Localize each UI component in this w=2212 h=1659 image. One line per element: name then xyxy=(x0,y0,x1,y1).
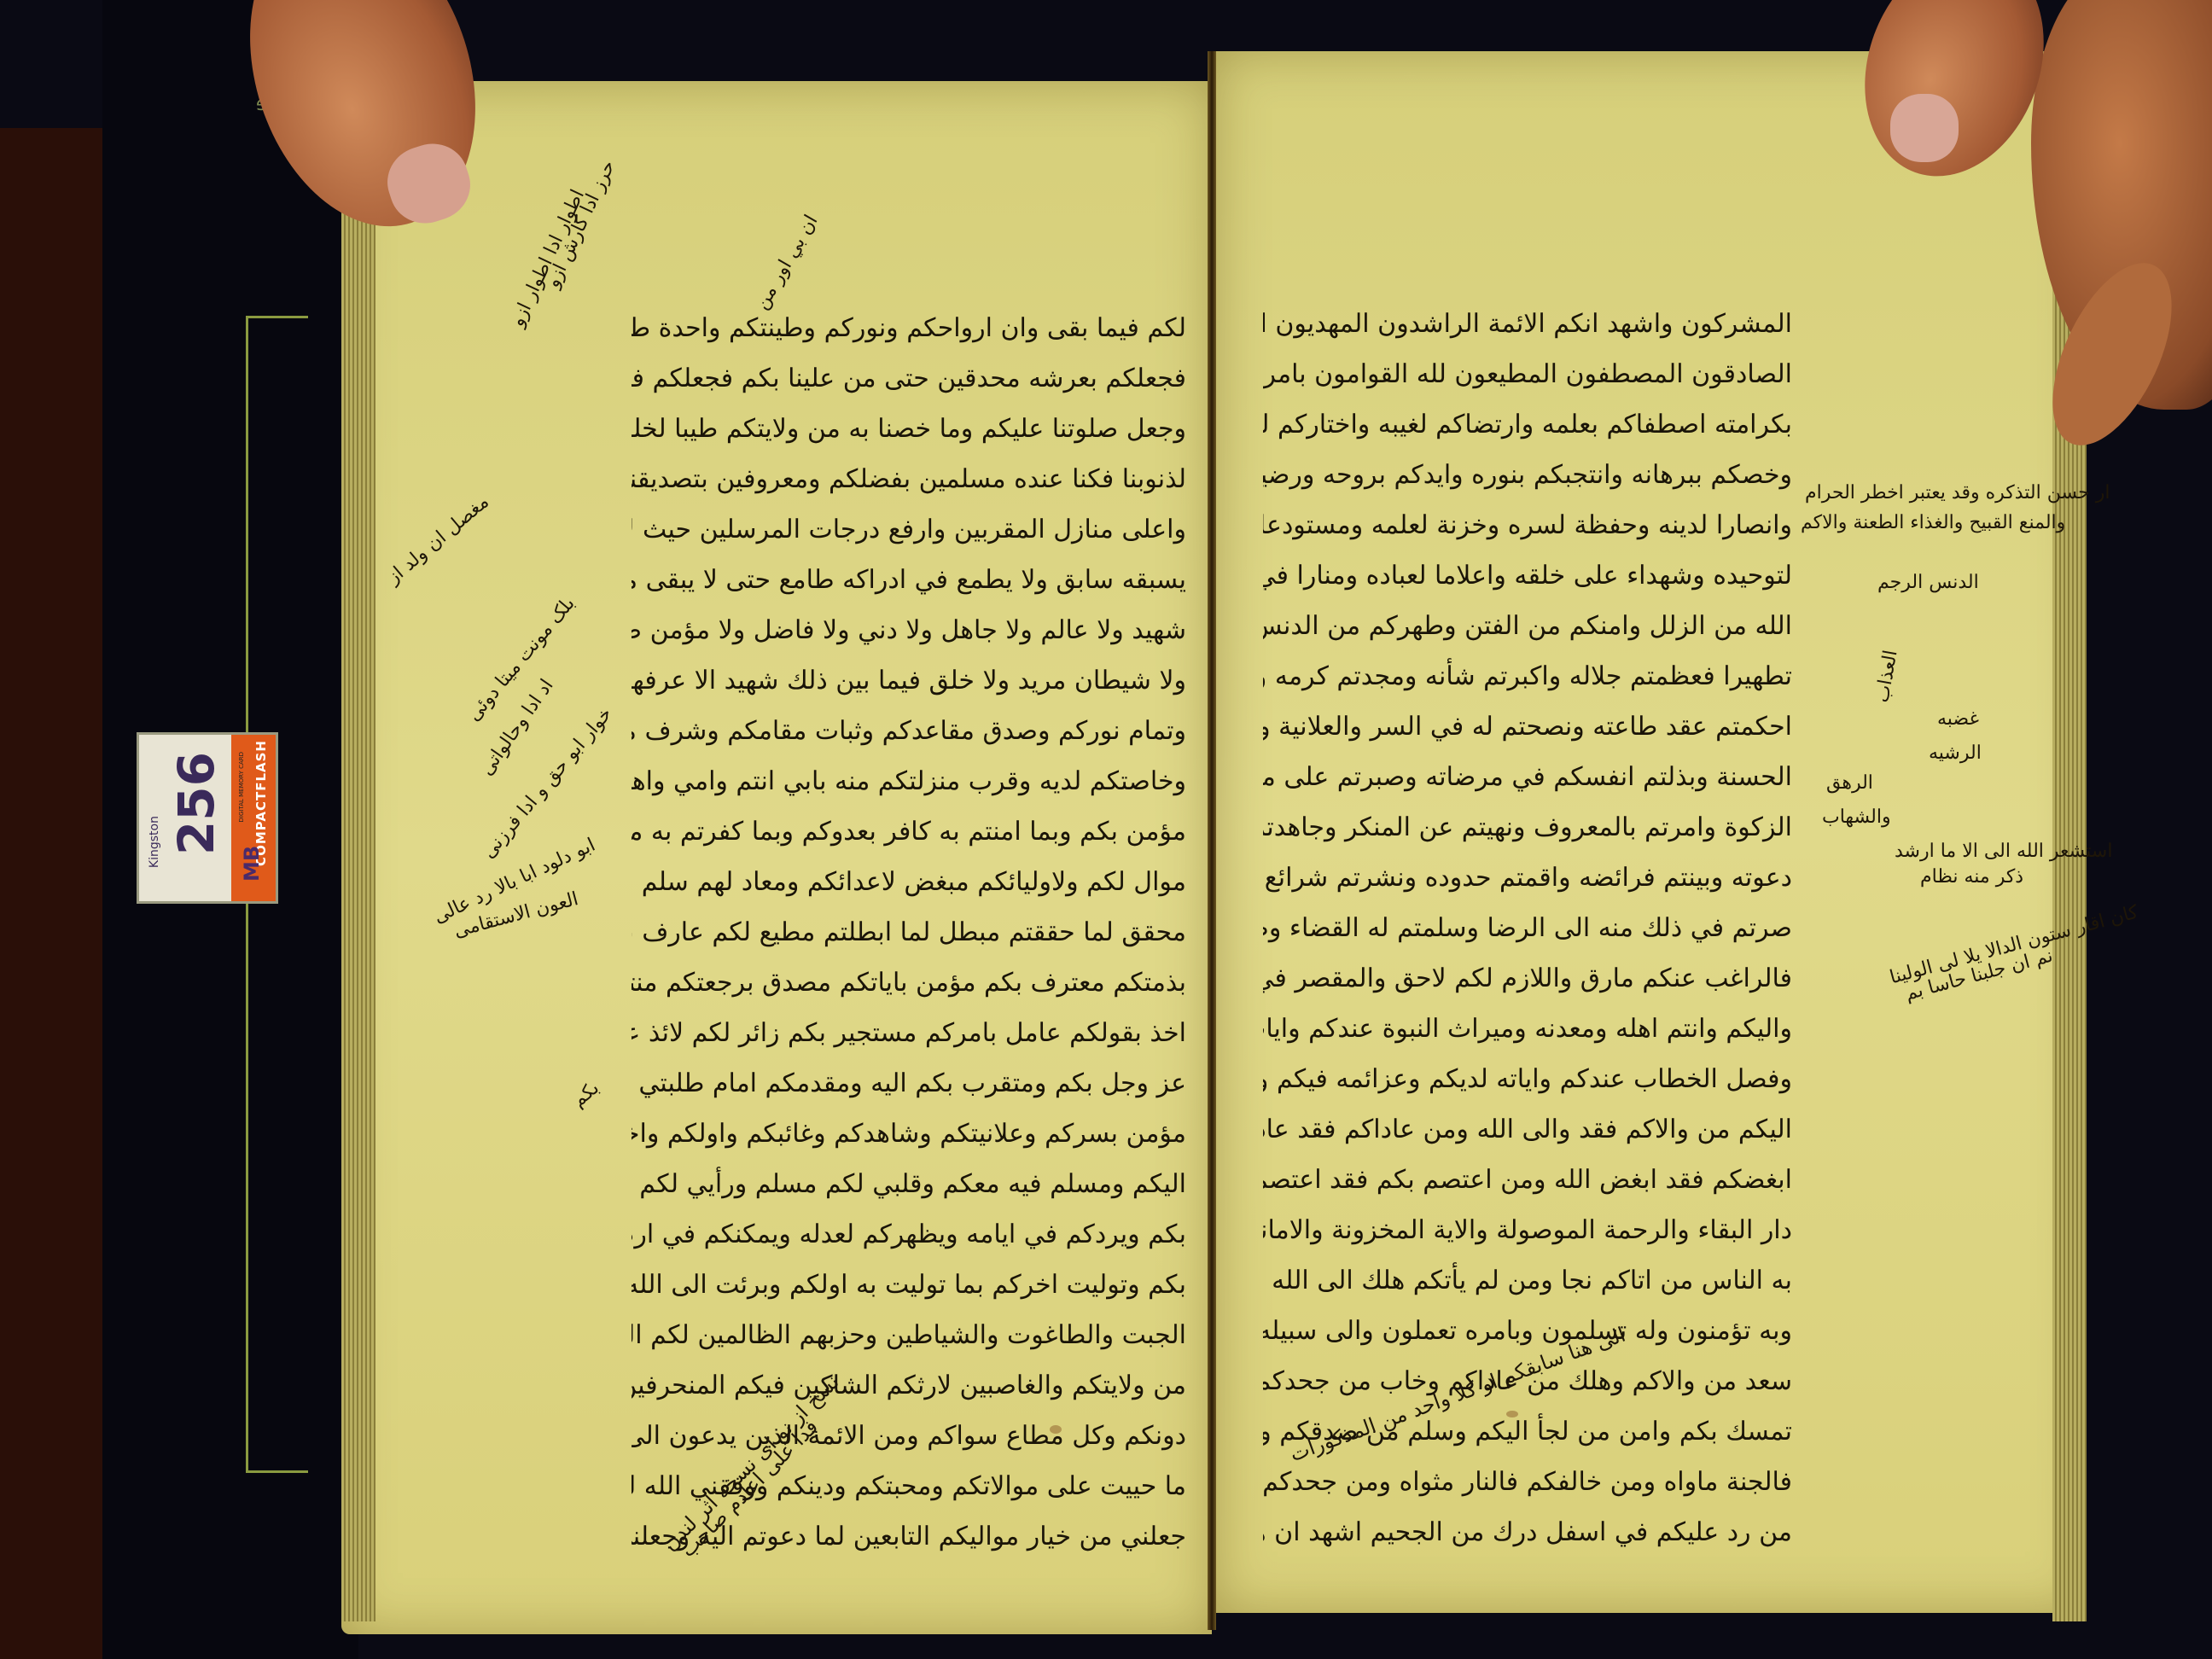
left-page-main-text: لكم فيما بقى وان ارواحكم ونوركم وطينتكم … xyxy=(632,303,1186,1562)
text-line: المشركون واشهد انكم الائمة الراشدون المه… xyxy=(1263,299,1792,349)
text-line: بكم وتوليت اخركم بما توليت به اولكم وبرئ… xyxy=(632,1260,1186,1310)
text-line: لذنوبنا فكنا عنده مسلمين بفضلكم ومعروفين… xyxy=(632,454,1186,504)
text-line: الزكوة وامرتم بالمعروف ونهيتم عن المنكر … xyxy=(1263,802,1792,853)
right-margin-note: الرهق xyxy=(1826,772,1873,794)
text-line: وبه تؤمنون وله تسلمون وبامره تعملون والى… xyxy=(1263,1306,1792,1356)
text-line: مؤمن بكم وبما امنتم به كافر بعدوكم وبما … xyxy=(632,806,1186,857)
text-line: لكم فيما بقى وان ارواحكم ونوركم وطينتكم … xyxy=(632,303,1186,353)
card-subtitle: DIGITAL MEMORY CARD xyxy=(238,752,245,822)
right-margin-note: والشهاب xyxy=(1822,806,1891,828)
red-cloth-background xyxy=(0,128,102,1659)
text-line: بكم ويردكم في ايامه ويظهركم لعدله ويمكنك… xyxy=(632,1209,1186,1260)
text-line: فجعلكم بعرشه محدقين حتى من علينا بكم فجع… xyxy=(632,353,1186,404)
text-line: احكمتم عقد طاعته ونصحتم له في السر والعل… xyxy=(1263,701,1792,752)
text-line: لتوحيده وشهداء على خلقه واعلاما لعباده و… xyxy=(1263,550,1792,601)
text-line: الجبت والطاغوت والشياطين وحزبهم الظالمين… xyxy=(632,1310,1186,1360)
text-line: يسبقه سابق ولا يطمع في ادراكه طامع حتى ل… xyxy=(632,555,1186,605)
card-unit: MB xyxy=(240,846,264,882)
text-line: ابغضكم فقد ابغض الله ومن اعتصم بكم فقد ا… xyxy=(1263,1155,1792,1205)
text-line: دار البقاء والرحمة الموصولة والاية المخز… xyxy=(1263,1205,1792,1255)
card-maker: Kingston xyxy=(148,816,161,868)
text-line: دونكم وكل مطاع سواكم ومن الائمة الذين يد… xyxy=(632,1411,1186,1461)
text-line: الصادقون المصطفون المطيعون لله القوامون … xyxy=(1263,349,1792,399)
text-line: دعوته وبينتم فرائضه واقمتم حدوده ونشرتم … xyxy=(1263,853,1792,903)
text-line: اليكم ومسلم فيه معكم وقلبي لكم مسلم ورأي… xyxy=(632,1159,1186,1209)
book-gutter xyxy=(1208,51,1216,1630)
text-line: شهيد ولا عالم ولا جاهل ولا دني ولا فاضل … xyxy=(632,605,1186,655)
text-line: وخصكم ببرهانه وانتجبكم بنوره وايدكم بروح… xyxy=(1263,450,1792,500)
right-margin-note: ذکر منه نظام xyxy=(1920,866,2023,888)
text-line: محقق لما حققتم مبطل لما ابطلتم مطيع لكم … xyxy=(632,907,1186,958)
right-margin-note: الدنس الرجم xyxy=(1877,572,1979,593)
text-line: ولا شيطان مريد ولا خلق فيما بين ذلك شهيد… xyxy=(632,655,1186,706)
text-line: وانصارا لدينه وحفظة لسره وخزنة لعلمه ومس… xyxy=(1263,500,1792,550)
text-line: مؤمن بسركم وعلانيتكم وشاهدكم وغائبكم واو… xyxy=(632,1109,1186,1159)
right-margin-note: والمنع القبيح والغذاء الطعنة والاكم xyxy=(1801,512,2065,533)
right-margin-note: غضبه xyxy=(1937,708,1979,730)
right-margin-note: ار حسن التذكره وقد يعتبر اخطر الحرام xyxy=(1805,482,2110,504)
text-line: واليكم وانتم اهله ومعدنه وميراث النبوة ع… xyxy=(1263,1004,1792,1054)
text-line: وتمام نوركم وصدق مقاعدكم وثبات مقامكم وش… xyxy=(632,706,1186,756)
text-line: من ولايتكم والغاصبين لارثكم الشاكين فيكم… xyxy=(632,1360,1186,1411)
right-margin-note: الرشیه xyxy=(1929,742,1982,764)
text-line: الله من الزلل وامنكم من الفتن وطهركم من … xyxy=(1263,601,1792,651)
right-fingernail xyxy=(1890,94,1959,162)
text-line: صرتم في ذلك منه الى الرضا وسلمتم له القض… xyxy=(1263,903,1792,953)
text-line: موال لكم ولاوليائكم مبغض لاعدائكم ومعاد … xyxy=(632,857,1186,907)
text-line: عز وجل بكم ومتقرب بكم اليه ومقدمكم امام … xyxy=(632,1058,1186,1109)
text-line: بذمتكم معترف بكم مؤمن باياتكم مصدق برجعت… xyxy=(632,958,1186,1008)
text-line: فالراغب عنكم مارق واللازم لكم لاحق والمق… xyxy=(1263,953,1792,1004)
text-line: به الناس من اتاكم نجا ومن لم يأتكم هلك ا… xyxy=(1263,1255,1792,1306)
text-line: واعلى منازل المقربين وارفع درجات المرسلي… xyxy=(632,504,1186,555)
text-line: اخذ بقولكم عامل بامركم مستجير بكم زائر ل… xyxy=(632,1008,1186,1058)
text-line: الحسنة وبذلتم انفسكم في مرضاته وصبرتم عل… xyxy=(1263,752,1792,802)
text-line: بكرامته اصطفاكم بعلمه وارتضاكم لغيبه واخ… xyxy=(1263,399,1792,450)
text-line: فالجنة ماواه ومن خالفكم فالنار مثواه ومن… xyxy=(1263,1457,1792,1507)
memory-card: COMPACTFLASH DIGITAL MEMORY CARD 256 Kin… xyxy=(137,732,278,904)
text-line: وجعل صلوتنا عليكم وما خصنا به من ولايتكم… xyxy=(632,404,1186,454)
text-line: وخاصتكم لديه وقرب منزلتكم منه بابي انتم … xyxy=(632,756,1186,806)
text-line: وفصل الخطاب عندكم واياته لديكم وعزائمه ف… xyxy=(1263,1054,1792,1104)
card-capacity: 256 xyxy=(172,752,221,855)
text-line: اليكم من والاكم فقد والى الله ومن عاداكم… xyxy=(1263,1104,1792,1155)
right-margin-note: استشعر الله الى الا ما ارشد xyxy=(1895,841,2112,862)
left-page-edges xyxy=(341,171,375,1621)
text-line: من رد عليكم في اسفل درك من الجحيم اشهد ا… xyxy=(1263,1507,1792,1557)
text-line: تطهيرا فعظمتم جلاله واكبرتم شأنه ومجدتم … xyxy=(1263,651,1792,701)
